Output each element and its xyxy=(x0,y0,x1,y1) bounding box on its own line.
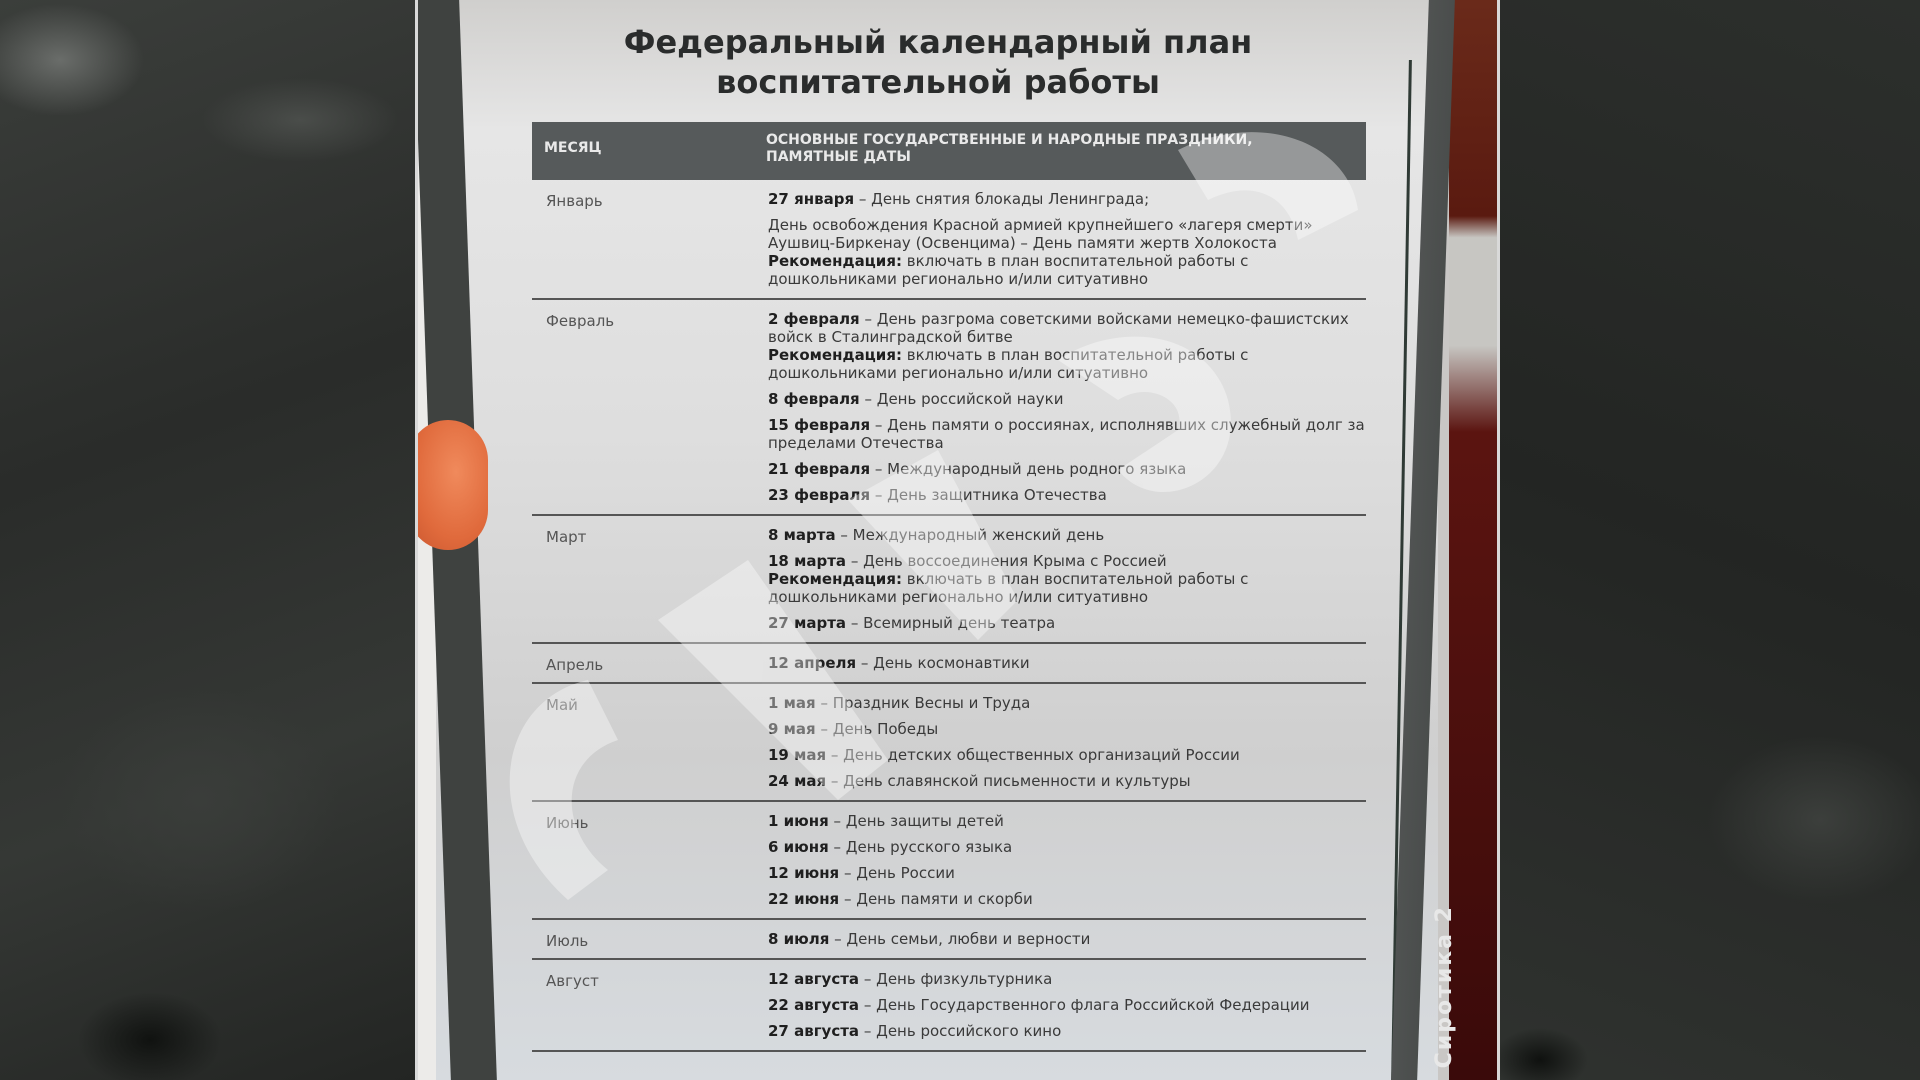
events-cell: 8 июля – День семьи, любви и верности xyxy=(768,920,1366,958)
event-item: День освобождения Красной армией крупней… xyxy=(768,212,1366,292)
table-row: Июнь1 июня – День защиты детей6 июня – Д… xyxy=(532,802,1366,920)
event-item: 18 марта – День воссоединения Крыма с Ро… xyxy=(768,548,1366,610)
month-label: Февраль xyxy=(546,312,614,330)
event-text: – День памяти и скорби xyxy=(844,890,1033,908)
map-backdrop-right xyxy=(1500,0,1920,1080)
event-date: 19 мая xyxy=(768,746,826,764)
event-date: 12 июня xyxy=(768,864,839,882)
event-date: 24 мая xyxy=(768,772,826,790)
event-date: 9 мая xyxy=(768,720,816,738)
event-item: 27 января – День снятия блокады Ленингра… xyxy=(768,186,1366,212)
event-date: 12 августа xyxy=(768,970,859,988)
recommendation-label: Рекомендация: xyxy=(768,346,902,364)
event-text: – Праздник Весны и Труда xyxy=(820,694,1030,712)
event-date: 27 августа xyxy=(768,1022,859,1040)
event-text: – День России xyxy=(844,864,955,882)
recommendation: Рекомендация: включать в план воспитател… xyxy=(768,252,1366,288)
event-text: – День семьи, любви и верности xyxy=(834,930,1090,948)
recommendation: Рекомендация: включать в план воспитател… xyxy=(768,346,1366,382)
event-date: 8 июля xyxy=(768,930,829,948)
event-text: – День снятия блокады Ленинграда; xyxy=(859,190,1149,208)
title-line-1: Федеральный календарный план xyxy=(518,22,1358,62)
event-item: 27 марта – Всемирный день театра xyxy=(768,610,1366,636)
table-row: Март8 марта – Международный женский день… xyxy=(532,516,1366,644)
event-item: 22 августа – День Государственного флага… xyxy=(768,992,1366,1018)
event-date: 22 июня xyxy=(768,890,839,908)
event-date: 12 апреля xyxy=(768,654,856,672)
event-date: 6 июня xyxy=(768,838,829,856)
event-item: 12 апреля – День космонавтики xyxy=(768,650,1366,676)
event-item: 8 июля – День семьи, любви и верности xyxy=(768,926,1366,952)
event-text: – Всемирный день театра xyxy=(851,614,1055,632)
event-item: 1 июня – День защиты детей xyxy=(768,808,1366,834)
events-cell: 8 марта – Международный женский день18 м… xyxy=(768,516,1366,642)
table-header: МЕСЯЦ ОСНОВНЫЕ ГОСУДАРСТВЕННЫЕ И НАРОДНЫ… xyxy=(532,122,1366,180)
event-date: 8 февраля xyxy=(768,390,860,408)
event-item: 12 июня – День России xyxy=(768,860,1366,886)
month-label: Март xyxy=(546,528,586,546)
event-text: – День российского кино xyxy=(864,1022,1061,1040)
table-row: Январь27 января – День снятия блокады Ле… xyxy=(532,180,1366,300)
month-label: Июнь xyxy=(546,814,589,832)
recommendation-label: Рекомендация: xyxy=(768,252,902,270)
event-text: – Международный женский день xyxy=(840,526,1104,544)
event-text: День освобождения Красной армией крупней… xyxy=(768,216,1313,252)
event-item: 22 июня – День памяти и скорби xyxy=(768,886,1366,912)
side-vertical-text: Сиротика 2 xyxy=(1432,905,1457,1068)
event-item: 19 мая – День детских общественных орган… xyxy=(768,742,1366,768)
event-item: 27 августа – День российского кино xyxy=(768,1018,1366,1044)
events-cell: 27 января – День снятия блокады Ленингра… xyxy=(768,180,1366,298)
event-date: 1 июня xyxy=(768,812,829,830)
event-text: – День российской науки xyxy=(864,390,1063,408)
event-item: 21 февраля – Международный день родного … xyxy=(768,456,1366,482)
events-cell: 12 августа – День физкультурника22 авгус… xyxy=(768,960,1366,1050)
events-cell: 1 мая – Праздник Весны и Труда9 мая – Де… xyxy=(768,684,1366,800)
calendar-table: Январь27 января – День снятия блокады Ле… xyxy=(532,180,1366,1052)
table-row: Август12 августа – День физкультурника22… xyxy=(532,960,1366,1052)
finger xyxy=(418,420,488,550)
table-row: Июль8 июля – День семьи, любви и верност… xyxy=(532,920,1366,960)
event-date: 27 марта xyxy=(768,614,846,632)
document-photo: Сиротика 2 Федеральный календарный план … xyxy=(418,0,1497,1080)
event-item: 6 июня – День русского языка xyxy=(768,834,1366,860)
event-item: 9 мая – День Победы xyxy=(768,716,1366,742)
event-date: 27 января xyxy=(768,190,854,208)
month-label: Июль xyxy=(546,932,588,950)
event-item: 1 мая – Праздник Весны и Труда xyxy=(768,690,1366,716)
event-date: 23 февраля xyxy=(768,486,870,504)
events-cell: 1 июня – День защиты детей6 июня – День … xyxy=(768,802,1366,918)
event-text: – День Победы xyxy=(820,720,938,738)
event-text: – Международный день родного языка xyxy=(875,460,1186,478)
event-date: 15 февраля xyxy=(768,416,870,434)
table-row: Май1 мая – Праздник Весны и Труда9 мая –… xyxy=(532,684,1366,802)
event-text: – День космонавтики xyxy=(861,654,1030,672)
event-text: – День защиты детей xyxy=(834,812,1004,830)
event-date: 2 февраля xyxy=(768,310,860,328)
event-date: 1 мая xyxy=(768,694,816,712)
table-row: Апрель12 апреля – День космонавтики xyxy=(532,644,1366,684)
event-date: 18 марта xyxy=(768,552,846,570)
month-label: Август xyxy=(546,972,599,990)
event-text: – День защитника Отечества xyxy=(875,486,1107,504)
event-item: 8 февраля – День российской науки xyxy=(768,386,1366,412)
paper-sheet: Сиротика 2 Федеральный календарный план … xyxy=(418,0,1438,1080)
map-backdrop-left xyxy=(0,0,417,1080)
events-cell: 2 февраля – День разгрома советскими вой… xyxy=(768,300,1366,514)
event-item: 8 марта – Международный женский день xyxy=(768,522,1366,548)
event-text: – День русского языка xyxy=(834,838,1013,856)
event-text: – День воссоединения Крыма с Россией xyxy=(851,552,1167,570)
header-month: МЕСЯЦ xyxy=(544,140,602,156)
photo-border-right xyxy=(1497,0,1500,1080)
month-label: Апрель xyxy=(546,656,603,674)
event-text: – День славянской письменности и культур… xyxy=(831,772,1191,790)
header-events: ОСНОВНЫЕ ГОСУДАРСТВЕННЫЕ И НАРОДНЫЕ ПРАЗ… xyxy=(766,132,1326,166)
event-text: – День детских общественных организаций … xyxy=(831,746,1240,764)
event-item: 24 мая – День славянской письменности и … xyxy=(768,768,1366,794)
event-text: – День Государственного флага Российской… xyxy=(864,996,1310,1014)
page-title: Федеральный календарный план воспитатель… xyxy=(518,22,1358,102)
table-row: Февраль2 февраля – День разгрома советск… xyxy=(532,300,1366,516)
recommendation: Рекомендация: включать в план воспитател… xyxy=(768,570,1366,606)
month-label: Январь xyxy=(546,192,603,210)
event-date: 21 февраля xyxy=(768,460,870,478)
event-item: 12 августа – День физкультурника xyxy=(768,966,1366,992)
event-date: 22 августа xyxy=(768,996,859,1014)
event-text: – День физкультурника xyxy=(864,970,1053,988)
events-cell: 12 апреля – День космонавтики xyxy=(768,644,1366,682)
title-line-2: воспитательной работы xyxy=(518,62,1358,102)
event-item: 2 февраля – День разгрома советскими вой… xyxy=(768,306,1366,386)
event-date: 8 марта xyxy=(768,526,836,544)
recommendation-label: Рекомендация: xyxy=(768,570,902,588)
month-label: Май xyxy=(546,696,578,714)
event-item: 15 февраля – День памяти о россиянах, ис… xyxy=(768,412,1366,456)
event-item: 23 февраля – День защитника Отечества xyxy=(768,482,1366,508)
